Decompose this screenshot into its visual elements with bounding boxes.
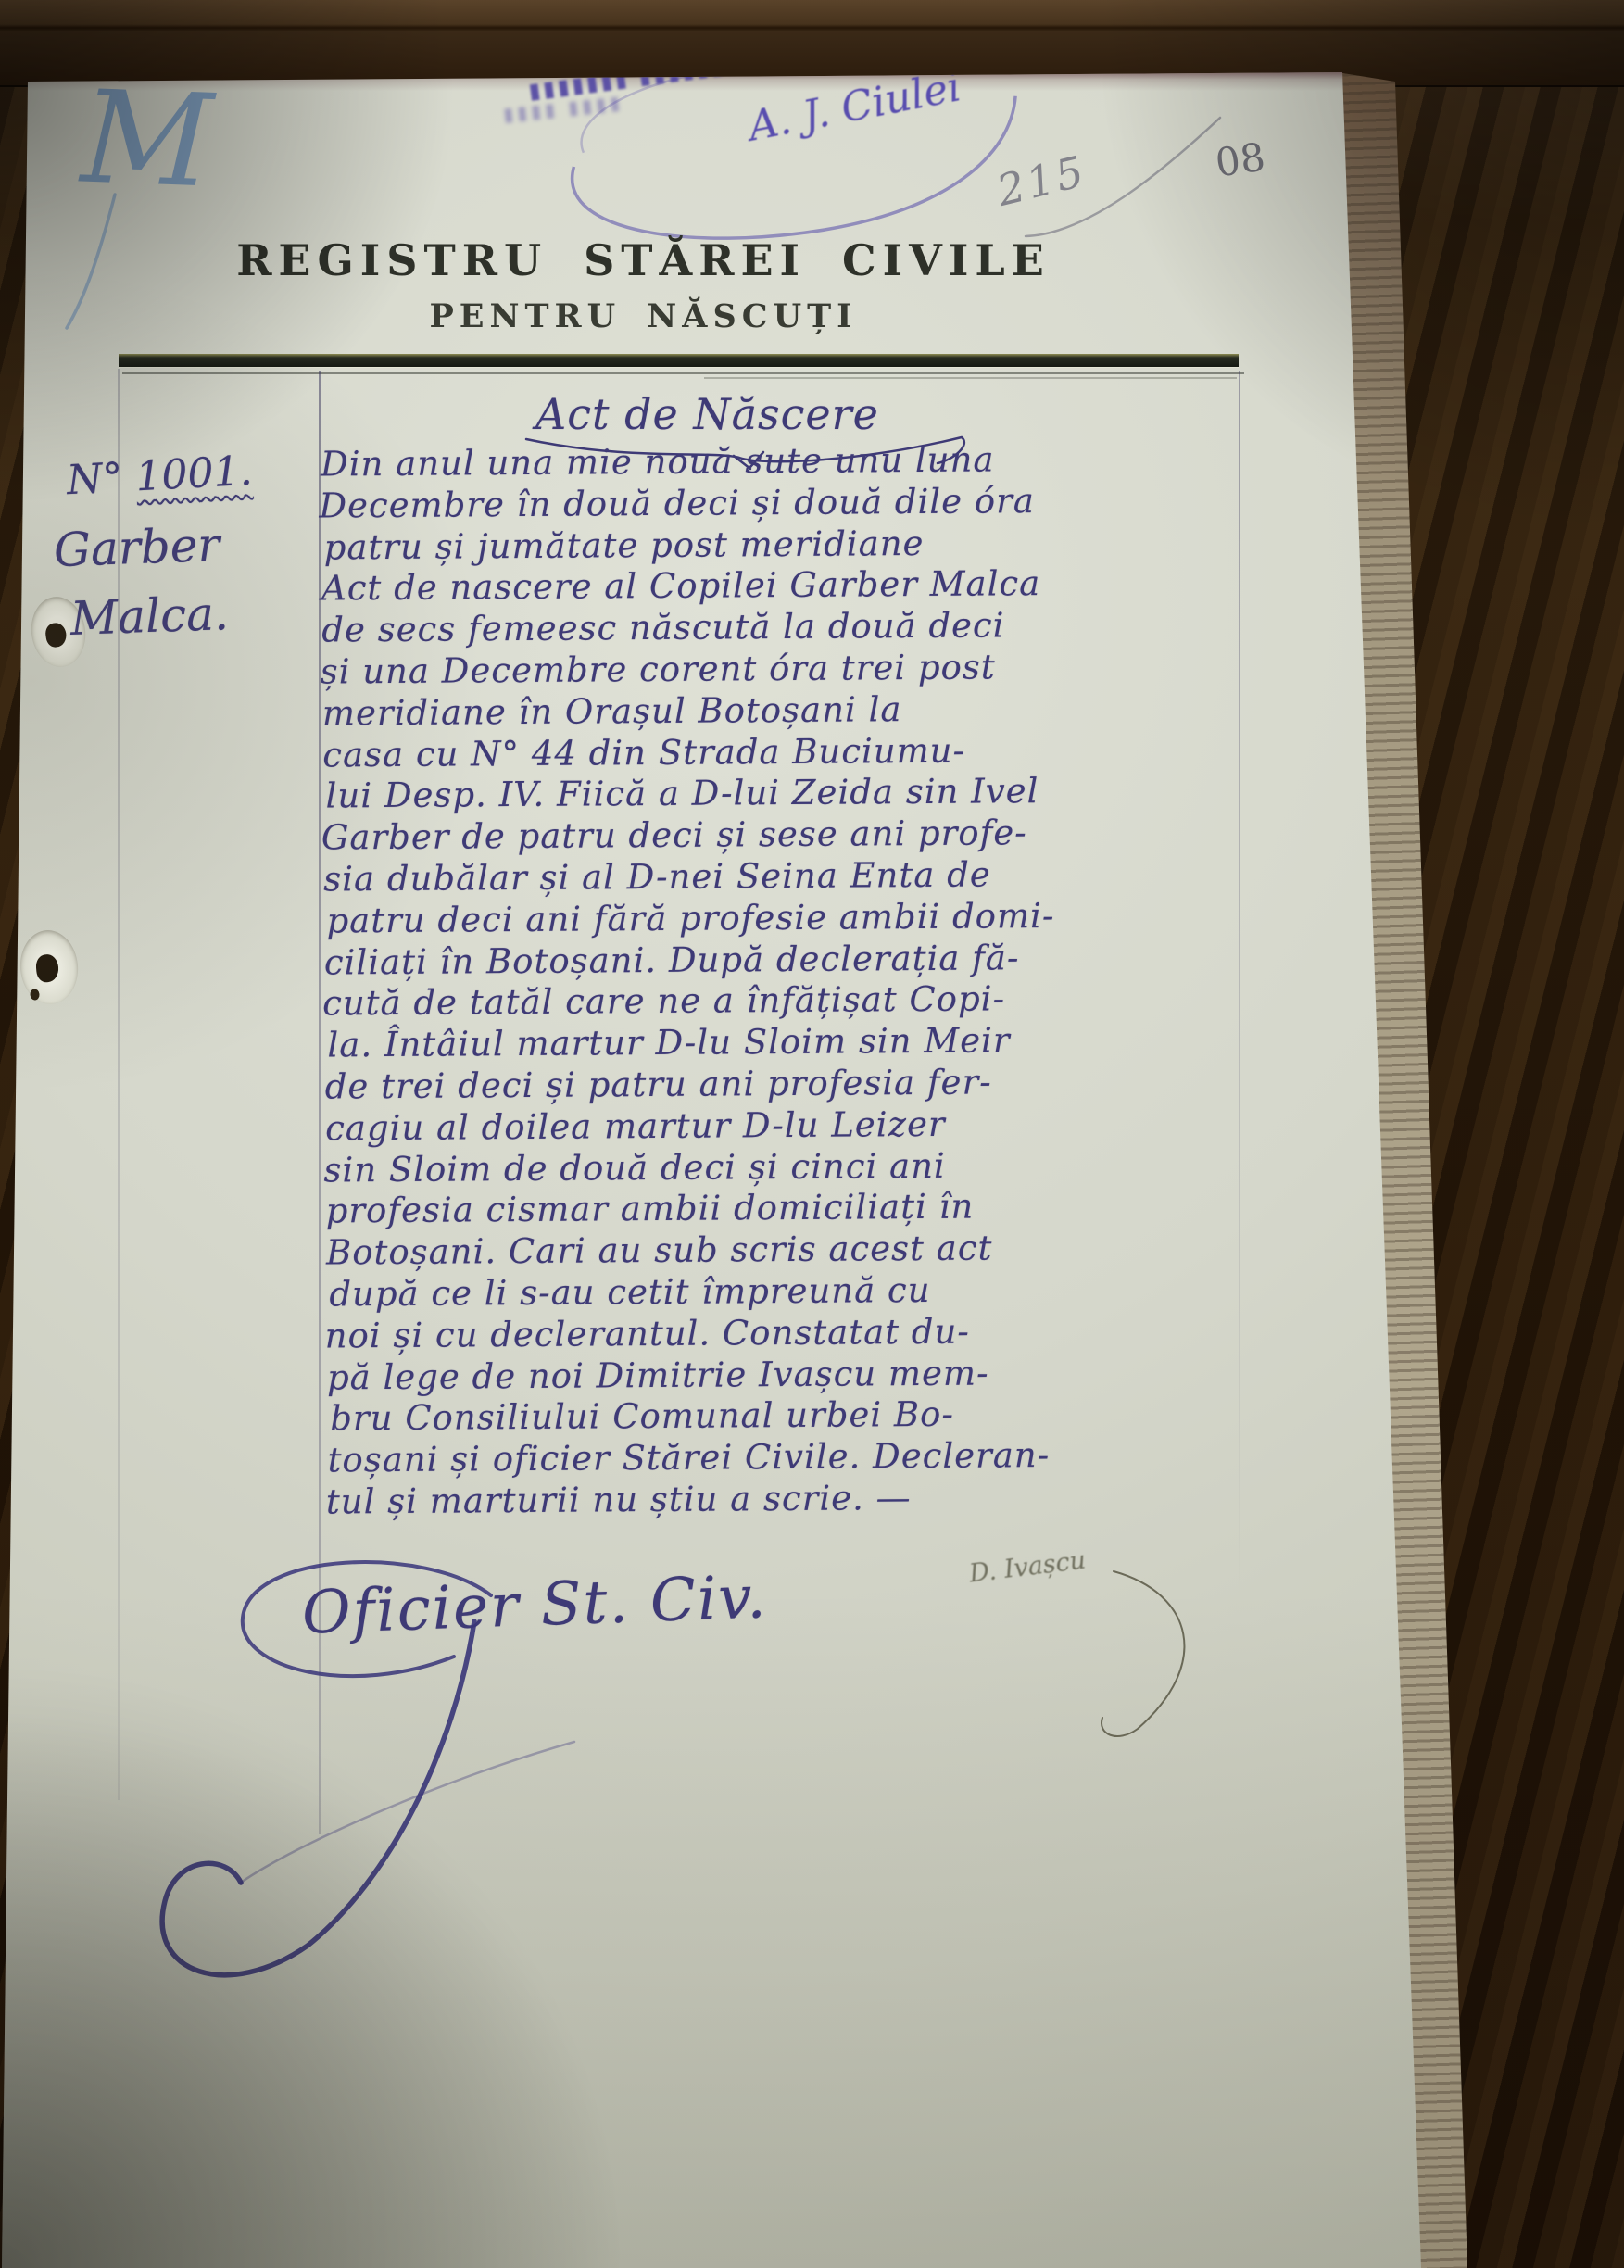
ink-page-number: 08: [1213, 134, 1268, 186]
act-text-line: Botoșani. Cari au sub scris acest act: [326, 1227, 1253, 1275]
act-body-text: Din anul una mie nouă sute unu luna Dece…: [321, 438, 1254, 1524]
printed-subtitle: PENTRU NĂSCUȚI: [83, 297, 1203, 335]
act-text-line: de trei deci și patru ani profesia fer-: [325, 1060, 1252, 1108]
printed-divider-bar: [119, 354, 1239, 367]
act-text-line: ciliați în Botoșani. După declerația fă-: [324, 936, 1251, 984]
margin-no-label: N°: [66, 454, 124, 504]
printed-title: REGISTRU STĂREI CIVILE: [83, 235, 1203, 285]
act-text-line: după ce li s-au cetit împreună cu: [329, 1267, 1253, 1316]
binding-hole-top-center: [44, 622, 68, 649]
act-text-line: Garber de patru deci și sese ani profe-: [321, 812, 1250, 860]
act-text-line: patru și jumătate post meridiane: [324, 521, 1248, 569]
act-text-line: cagiu al doilea martur D-lu Leizer: [325, 1102, 1252, 1150]
act-text-line: Din anul una mie nouă sute unu luna: [321, 438, 1247, 486]
binding-hole-bottom: [18, 927, 82, 1006]
act-text-line: cută de tatăl care ne a înfățișat Copi-: [322, 977, 1251, 1026]
printed-divider-underline-2: [704, 377, 1237, 379]
secondary-signature-flourish: [1075, 1545, 1241, 1768]
margin-number: 1001.: [134, 447, 253, 501]
act-text-line: profesia cismar ambii domiciliați în: [326, 1185, 1253, 1233]
act-text-line: toșani și oficier Stărei Civile. Declera…: [327, 1434, 1253, 1482]
act-text-line: meridiane în Orașul Botoșani la: [322, 687, 1249, 735]
pencil-letter-m-tail: [37, 56, 204, 334]
act-text-line: sin Sloim de două deci și cinci ani: [323, 1143, 1252, 1191]
margin-surname: Garber: [53, 518, 220, 577]
binding-hole-bottom-dot: [30, 989, 40, 1001]
act-text-line: noi și cu declerantul. Constatat du-: [325, 1309, 1253, 1357]
binding-hole-bottom-center: [35, 953, 60, 983]
wood-table-background: [0, 0, 1624, 87]
act-text-line: pă lege de noi Dimitrie Ivașcu mem-: [327, 1351, 1253, 1399]
act-text-line: bru Consiliului Comunal urbei Bo-: [330, 1392, 1253, 1441]
printed-divider-underline: [122, 372, 1244, 374]
act-text-line: la. Întâiul martur D-lu Sloim sin Meir: [327, 1019, 1251, 1067]
act-text-line: sia dubălar și al D-nei Seina Enta de: [323, 852, 1250, 901]
act-text-line: patru deci ani fără profesie ambii domi-: [326, 894, 1250, 942]
act-text-line: de secs femeesc născută la două deci: [321, 604, 1248, 652]
act-text-line: lui Desp. IV. Fiică a D-lui Zeida sin Iv…: [325, 770, 1249, 818]
act-text-line: tul și marturii nu știu a scrie. —: [326, 1475, 1254, 1523]
act-text-line: casa cu N° 44 din Strada Buciumu-: [322, 728, 1249, 776]
act-text-line: și una Decembre corent óra trei post: [321, 646, 1249, 694]
act-text-line: Decembre în două deci și două dile óra: [319, 479, 1247, 527]
margin-given-name: Malca.: [69, 586, 230, 646]
margin-act-number: N° 1001.: [66, 447, 254, 504]
photo-scene: ▮▮▮▮▮▮▮ ▮▮▮▮▮▮▮▮▮ ▮▮▮▮ ▮▮▮▮ A. J. Ciulei…: [0, 0, 1624, 2268]
act-text-line: Act de nascere al Copilei Garber Malca: [321, 562, 1248, 611]
